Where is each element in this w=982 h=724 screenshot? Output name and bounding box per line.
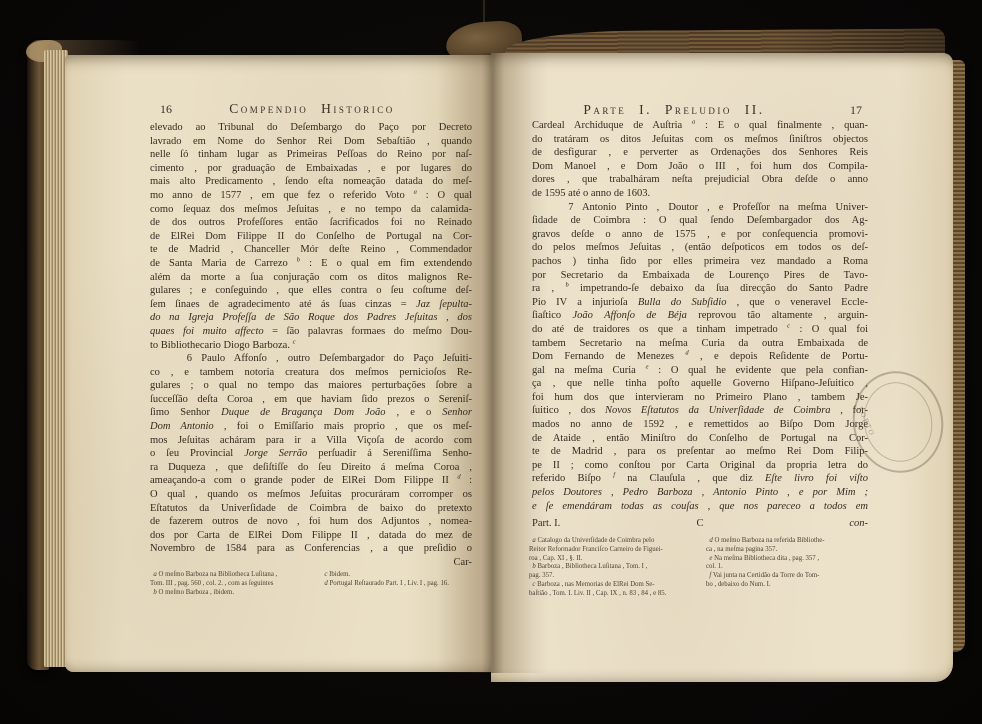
text-line: gal na meſma Curia e : O qual he evident… <box>532 364 868 378</box>
text-line: to Bibliothecario Diogo Barboza. c <box>150 339 472 353</box>
right-footnotes-col2: d O meſmo Barboza na referida Bibliothe-… <box>706 537 871 599</box>
text-line: dores , que trabalháram neſta prejudicia… <box>532 173 868 187</box>
right-page-header: Parte I. Preludio II. 17 <box>532 102 868 118</box>
library-stamp-text: PORTO <box>856 406 876 438</box>
text-line: ameaçando-a com o grande poder de ElRei … <box>150 474 472 488</box>
right-page-body: Cardeal Archiduque de Auſtria a : E o qu… <box>532 119 868 513</box>
text-line: cimento , por graduação de Embaixadas , … <box>150 162 472 176</box>
text-line: ſem ſinaes de agradecimento até ás ſuas … <box>150 298 472 312</box>
text-line: te de Madrid , Chanceller Mór deſte Rein… <box>150 243 472 257</box>
text-line: referido Biſpo f na Clauſula , que diz E… <box>532 472 868 486</box>
text-line: de desfigurar , e perverter as Ordenaçõe… <box>532 146 868 160</box>
text-line: Pio IV a injurioſa Bulla do Subſidio , q… <box>532 296 868 310</box>
text-line: Dom Fernando de Menezes d , e depois Reſ… <box>532 350 868 364</box>
text-line: 7 Antonio Pinto , Doutor , e Profeſſor n… <box>532 201 868 215</box>
text-line: c Barboza , nas Memorias de ElRei Dom Se… <box>529 581 694 590</box>
text-line: Tom. III , pag. 560 , col. 2. , com as ſ… <box>150 580 309 589</box>
text-line: ſucceſſão deſta Coroa , em que haviam ſi… <box>150 393 472 407</box>
text-line: gravos deſde o anno de 1575 , e por conſ… <box>532 228 868 242</box>
text-line: elevado ao Tribunal do Deſembargo do Paç… <box>150 121 472 135</box>
text-line: ra Duqueza , que deſiſtiſſe do ſeu Direi… <box>150 461 472 475</box>
text-line: do tratáram os ditos Jeſuitas com os meſ… <box>532 133 868 147</box>
text-line: b O meſmo Barboza , ibidem. <box>150 589 309 598</box>
text-line: c Ibidem. <box>321 571 480 580</box>
text-line: quaes foi muito affecto = ſão palavras f… <box>150 325 472 339</box>
left-running-title: Compendio Historico <box>150 101 474 117</box>
text-line: gulares ; e conſeguindo , que elles cont… <box>150 284 472 298</box>
text-line: ſiaſtico João Affonſo de Béja reprovou t… <box>532 309 868 323</box>
text-line: mos Jeſuitas acháram para ir a Villa Viç… <box>150 434 472 448</box>
text-line: d Portugal Reſtaurado Part. I , Liv. I ,… <box>321 580 480 589</box>
text-line: bo , debaixo do Num. I. <box>706 581 871 590</box>
text-line: foi hum dos que intervieram no Primeiro … <box>532 391 868 405</box>
text-line: baſtião , Tom. I. Liv. II , Cap. IX , n.… <box>529 590 694 599</box>
left-page-body: elevado ao Tribunal do Deſembargo do Paç… <box>150 121 472 556</box>
text-line: gulares ; o qual no tempo das maiores pe… <box>150 379 472 393</box>
left-footnotes-col1: a O meſmo Barboza na Bibliotheca Luſitan… <box>150 571 309 597</box>
text-line: de dos outros Profeſſores então ſacrific… <box>150 216 472 230</box>
text-line: a O meſmo Barboza na Bibliotheca Luſitan… <box>150 571 309 580</box>
right-footnotes-col1: a Catalogo da Univerſidade de Coimbra pe… <box>529 537 694 599</box>
left-page: 16 Compendio Historico elevado ao Tribun… <box>65 55 491 672</box>
text-line: Novembro de 1584 para as Conferencias , … <box>150 542 472 556</box>
text-line: ſimo Senhor Duque de Bragança Dom João ,… <box>150 406 472 420</box>
text-line: Reitor Reformador Franciſco Carneiro de … <box>529 546 694 555</box>
right-page-footnotes: a Catalogo da Univerſidade de Coimbra pe… <box>529 537 871 599</box>
left-footnotes-col2: c Ibidem. d Portugal Reſtaurado Part. I … <box>321 571 480 597</box>
text-line: do na Igreja Profeſſa de São Roque dos P… <box>150 311 472 325</box>
text-line: Cardeal Archiduque de Auſtria a : E o qu… <box>532 119 868 133</box>
text-line: e ſe emendáram todas as couſas , que nos… <box>532 500 868 514</box>
right-page-number: 17 <box>850 103 862 118</box>
text-line: ça , que nelle tinha poſto aquelle Gover… <box>532 377 868 391</box>
right-page: Parte I. Preludio II. 17 Cardeal Archidu… <box>491 53 953 682</box>
text-line: de 1595 até o anno de 1603. <box>532 187 868 201</box>
text-line: Dom Manoel , e Dom João o III , foi hum … <box>532 160 868 174</box>
text-line: nelle ſó tinham lugar as Primeiras Peſſo… <box>150 148 472 162</box>
left-page-number: 16 <box>160 102 172 117</box>
text-line: ca , na meſma pagina 357. <box>706 546 871 555</box>
text-line: pachos ) tinha ſido por elles primeira v… <box>532 255 868 269</box>
left-catchword: Car- <box>150 556 472 570</box>
text-line: ra , b impetrando-ſe debaixo da ſua dire… <box>532 282 868 296</box>
signature-mark: C <box>532 518 868 529</box>
text-line: b Barboza , Bibliotheca Luſitana , Tom. … <box>529 563 694 572</box>
text-line: do até de traidores os que a tinham impe… <box>532 323 868 337</box>
text-line: ſuitico , dos Novos Eſtatutos da Univerſ… <box>532 404 868 418</box>
text-line: a Catalogo da Univerſidade de Coimbra pe… <box>529 537 694 546</box>
text-line: tambem Secretario na meſma Curia da outr… <box>532 337 868 351</box>
text-line: f Vai junta na Certidão da Torre do Tom- <box>706 572 871 581</box>
left-page-header: 16 Compendio Historico <box>150 101 474 117</box>
book-scan: 16 Compendio Historico elevado ao Tribun… <box>0 0 982 724</box>
text-line: te de Madrid , para os preſentar ao meſm… <box>532 445 868 459</box>
text-line: pe II ; como conſtou por Carta Original … <box>532 459 868 473</box>
right-running-title: Parte I. Preludio II. <box>532 102 868 118</box>
text-line: ſidade de Coimbra : O qual ſendo Deſemba… <box>532 214 868 228</box>
text-line: de Santa Maria de Carrezo b : E o qual e… <box>150 257 472 271</box>
text-line: mados no anno de 1592 , e remettidos ao … <box>532 418 868 432</box>
text-line: pelos Doutores , Pedro Barboza , Antonio… <box>532 486 868 500</box>
left-page-footnotes: a O meſmo Barboza na Bibliotheca Luſitan… <box>150 571 480 597</box>
text-line: mais alto Predicamento , ſendo eſta nome… <box>150 175 472 189</box>
text-line: lavrado em Nome do Senhor Rei Dom Sebaſt… <box>150 135 472 149</box>
right-page-footer: Part. I. C con- <box>532 518 868 529</box>
text-line: o ſeu Provincial Jorge Serrão perſuadir … <box>150 447 472 461</box>
text-line: roa , Cap. XI , §. II. <box>529 555 694 564</box>
text-line: 6 Paulo Affonſo , outro Deſembargador do… <box>150 352 472 366</box>
text-line: e Na meſma Bibliotheca dita , pag. 357 , <box>706 555 871 564</box>
text-line: co , e tambem notoria creatura dos meſmo… <box>150 366 472 380</box>
text-line: col. 1. <box>706 563 871 572</box>
text-line: pag. 357. <box>529 572 694 581</box>
text-line: como ſequaz dos meſmos Jeſuitas , e no t… <box>150 203 472 217</box>
text-line: Dom Antonio , foi o Emiſſario mais propr… <box>150 420 472 434</box>
text-line: O qual , quando os meſmos Jeſuitas procu… <box>150 488 472 502</box>
text-line: por Secretario da Embaixada de Lourenço … <box>532 269 868 283</box>
text-line: Eſtatutos da Univerſidade de Coimbra de … <box>150 502 472 516</box>
text-line: mo anno de 1577 , em que fez o referido … <box>150 189 472 203</box>
text-line: dos por Carta de ElRei Dom Filippe II , … <box>150 529 472 543</box>
text-line: do pelos meſmos Jeſuitas , (então deſpot… <box>532 241 868 255</box>
text-line: d O meſmo Barboza na referida Bibliothe- <box>706 537 871 546</box>
text-line: de Ataide , então Miniſtro do Conſelho d… <box>532 432 868 446</box>
text-line: além da morte a ſua conjuração com os di… <box>150 271 472 285</box>
text-line: de ElRei Dom Filippe II do Conſelho de P… <box>150 230 472 244</box>
text-line: de fazerem outros de novo , foi hum dos … <box>150 515 472 529</box>
